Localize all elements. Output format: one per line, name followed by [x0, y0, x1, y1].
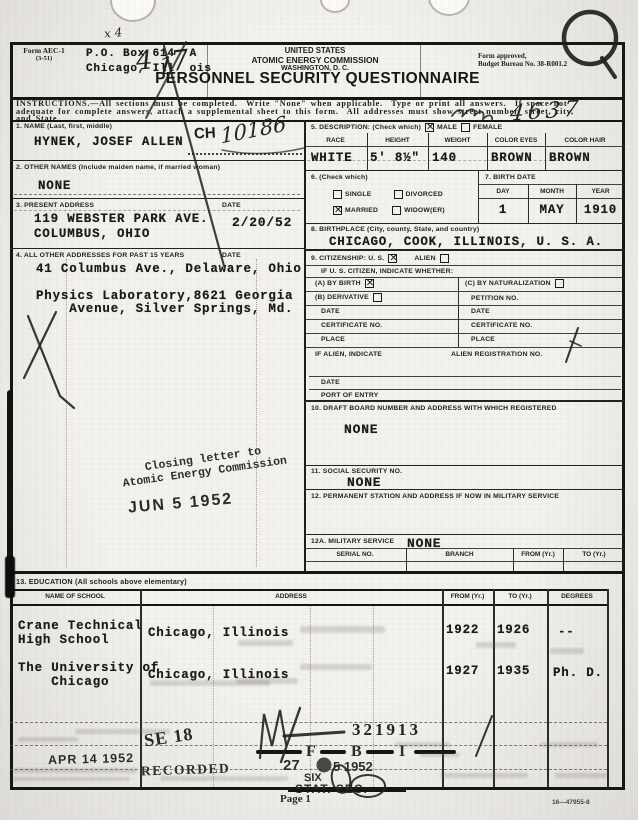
guide-line	[373, 606, 374, 787]
name-label: 1. NAME (Last, first, middle)	[16, 123, 112, 130]
ink-smudge	[420, 753, 460, 757]
to-cell: 1935	[497, 664, 530, 678]
date-label: DATE	[222, 202, 241, 209]
education-header-rule	[10, 604, 607, 606]
rule	[304, 347, 625, 348]
to-cell: 1926	[497, 623, 530, 637]
table-header-rule	[304, 146, 625, 147]
education-column-line	[493, 589, 495, 787]
naturalization-row: (C) BY NATURALIZATION	[465, 279, 567, 288]
present-address-value: 119 WEBSTER PARK AVE. COLUMBUS, OHIO	[34, 212, 208, 242]
day-header: DAY	[478, 188, 528, 195]
description-label: 5. DESCRIPTION: (Check which)	[311, 124, 421, 131]
rule	[304, 548, 625, 549]
fbi-letter-f: F	[306, 743, 316, 761]
edu-from-header: FROM (Yr.)	[442, 593, 493, 600]
divorced-checkbox	[394, 190, 403, 199]
female-label: FEMALE	[473, 124, 502, 131]
print-code: 16—47955-8	[552, 799, 590, 806]
section-12-military-station: 12. PERMANENT STATION AND ADDRESS IF NOW…	[304, 490, 625, 535]
sub-divider	[458, 277, 459, 347]
row-separator	[10, 722, 607, 723]
certificate-no-label: CERTIFICATE NO.	[471, 322, 532, 329]
dotted-leader	[188, 153, 302, 155]
year-header: YEAR	[576, 188, 625, 195]
rule	[306, 291, 623, 292]
marital-row-2: ✕ MARRIED WIDOW(ER)	[329, 206, 445, 215]
handwritten-small-mark: x 4	[103, 25, 123, 41]
alien-checkbox	[440, 254, 449, 263]
ink-smudge	[160, 776, 288, 781]
race-value: WHITE	[311, 151, 353, 165]
place-label: PLACE	[321, 336, 345, 343]
year-value: 1910	[576, 203, 625, 217]
closing-stamp-date: JUN 5 1952	[127, 490, 234, 517]
rule	[306, 319, 623, 320]
address-history-line1: 41 Columbus Ave., Delaware, Ohio	[36, 262, 302, 276]
education-column-line	[607, 589, 609, 787]
punch-hole	[110, 0, 156, 22]
divorced-label: DIVORCED	[406, 191, 443, 198]
by-birth-label: (A) BY BIRTH	[315, 280, 361, 287]
edu-to-header: TO (Yr.)	[493, 593, 547, 600]
derivative-label: (B) DERIVATIVE	[315, 294, 369, 301]
derivative-checkbox	[373, 293, 382, 302]
ink-smudge	[476, 642, 516, 648]
rule	[478, 198, 625, 199]
single-checkbox	[333, 190, 342, 199]
marital-label: 6. (Check which)	[311, 174, 368, 181]
form-number-block: Form AEC-1 (3-51)	[16, 46, 72, 62]
ink-smudge	[550, 648, 584, 654]
derivative-row: (B) DERIVATIVE	[315, 293, 385, 302]
address-header: ADDRESS	[140, 593, 442, 600]
military-service-label: 12A. MILITARY SERVICE	[311, 538, 394, 545]
male-label: MALE	[437, 124, 457, 131]
date-label: DATE	[321, 379, 340, 386]
color-hair-header: COLOR HAIR	[545, 137, 625, 144]
scan-edge-smear	[5, 556, 15, 598]
date-label: DATE	[222, 252, 241, 259]
single-label: SINGLE	[345, 191, 372, 198]
school-cell: Crane Technical High School	[18, 620, 143, 647]
degrees-header: DEGREES	[547, 593, 607, 600]
form-revision: (3-51)	[16, 55, 72, 62]
section-2-other-names: 2. OTHER NAMES (Include maiden name, if …	[10, 161, 304, 199]
ink-smudge	[555, 773, 607, 778]
ssn-label: 11. SOCIAL SECURITY NO.	[311, 468, 402, 475]
description-row: 5. DESCRIPTION: (Check which) ✕ MALE FEM…	[311, 123, 502, 132]
branch-header: BRANCH	[406, 551, 513, 558]
if-alien-label: IF ALIEN, INDICATE	[315, 351, 382, 358]
section-4-other-addresses: 4. ALL OTHER ADDRESSES FOR PAST 15 YEARS…	[10, 249, 304, 571]
strike-bar	[288, 789, 406, 792]
serial-no-header: SERIAL NO.	[304, 551, 406, 558]
handwritten-note: 4637	[509, 96, 583, 126]
ink-smudge	[300, 664, 372, 670]
from-yr-header: FROM (Yr.)	[513, 551, 563, 558]
from-cell: 1922	[446, 623, 479, 637]
alien-registration-label: ALIEN REGISTRATION NO.	[451, 351, 543, 358]
closing-letter-stamp: Closing letter to Atomic Energy Commissi…	[87, 437, 320, 495]
alien-label: ALIEN	[414, 255, 435, 262]
handwritten-digit: 7	[169, 43, 191, 78]
weight-value: 140	[432, 151, 457, 165]
form-title: PERSONNEL SECURITY QUESTIONNAIRE	[10, 70, 625, 88]
strike-bar	[366, 750, 394, 754]
married-label: MARRIED	[345, 207, 378, 214]
by-birth-row: (A) BY BIRTH ✕	[315, 279, 377, 288]
marital-row-1: SINGLE DIVORCED	[329, 190, 443, 199]
date-received-stamp: APR 14 1952	[48, 751, 134, 767]
rule	[306, 305, 623, 306]
color-eyes-header: COLOR EYES	[487, 137, 545, 144]
to-yr-header: TO (Yr.)	[563, 551, 625, 558]
rule	[309, 389, 621, 390]
agency-block: UNITED STATES ATOMIC ENERGY COMMISSION W…	[212, 46, 418, 72]
birthplace-label: 8. BIRTHPLACE (City, county, State, and …	[311, 226, 479, 233]
married-checkbox: ✕	[333, 206, 342, 215]
month-value: MAY	[528, 203, 576, 217]
ink-smudge	[440, 773, 528, 778]
naturalization-label: (C) BY NATURALIZATION	[465, 280, 551, 287]
color-hair-value: BROWN	[549, 151, 591, 165]
rule	[304, 265, 625, 266]
punch-hole	[320, 0, 350, 13]
by-birth-checkbox: ✕	[365, 279, 374, 288]
dashed-leader	[14, 210, 300, 211]
education-label: 13. EDUCATION (All schools above element…	[16, 577, 187, 586]
section-5-description: 5. DESCRIPTION: (Check which) ✕ MALE FEM…	[304, 121, 625, 171]
height-value: 5' 8½"	[370, 151, 420, 165]
school-cell: The University of Chicago	[18, 662, 159, 689]
female-checkbox	[461, 123, 470, 132]
rule	[306, 333, 623, 334]
name-value: HYNEK, JOSEF ALLEN	[34, 135, 183, 149]
fbi-date-stamp: 5 1952	[333, 759, 373, 774]
widower-label: WIDOW(ER)	[404, 207, 445, 214]
draft-board-value: NONE	[344, 422, 378, 437]
section-11-ssn: 11. SOCIAL SECURITY NO. NONE	[304, 466, 625, 490]
other-addresses-label: 4. ALL OTHER ADDRESSES FOR PAST 15 YEARS	[16, 252, 184, 259]
other-names-value: NONE	[38, 179, 71, 193]
from-cell: 1927	[446, 664, 479, 678]
serial-number-stamp: 321913	[352, 720, 421, 740]
date-label: DATE	[471, 308, 490, 315]
birthdate-label: 7. BIRTH DATE	[485, 174, 536, 181]
month-header: MONTH	[528, 188, 576, 195]
degrees-cell: Ph. D.	[553, 666, 603, 680]
ink-smudge	[150, 680, 270, 686]
punch-hole	[428, 0, 470, 16]
handwritten-case-prefix: CH	[194, 124, 217, 142]
budget-approval: Form approved, Budget Bureau No. 38-R001…	[478, 52, 567, 68]
citizen-indicate-label: IF U. S. CITIZEN, INDICATE WHETHER:	[321, 268, 453, 275]
strike-bar	[320, 750, 346, 754]
male-checkbox: ✕	[425, 123, 434, 132]
section-9-citizenship: 9. CITIZENSHIP: U. S. ✕ ALIEN IF U. S. C…	[304, 251, 625, 402]
ink-smudge	[12, 768, 137, 773]
petition-no-label: PETITION NO.	[471, 295, 519, 302]
agency-line-1: UNITED STATES	[212, 46, 418, 55]
rule	[304, 277, 625, 278]
draft-board-label: 10. DRAFT BOARD NUMBER AND ADDRESS WITH …	[311, 405, 557, 412]
strike-bar	[256, 750, 302, 754]
other-names-label: 2. OTHER NAMES (Include maiden name, if …	[16, 164, 220, 171]
citizenship-label: 9. CITIZENSHIP: U. S.	[311, 255, 384, 262]
ink-smudge	[238, 640, 293, 646]
section-10-draft-board: 10. DRAFT BOARD NUMBER AND ADDRESS WITH …	[304, 402, 625, 466]
ink-smudge	[18, 737, 78, 742]
section-12a-military-service: 12A. MILITARY SERVICE NONE SERIAL NO. BR…	[304, 535, 625, 571]
section-8-birthplace: 8. BIRTHPLACE (City, county, State, and …	[304, 224, 625, 251]
degrees-cell: --	[558, 625, 575, 639]
certificate-no-label: CERTIFICATE NO.	[321, 322, 382, 329]
ink-smudge	[12, 777, 130, 781]
rule	[304, 561, 625, 562]
widower-checkbox	[392, 206, 401, 215]
education-column-line	[442, 589, 444, 787]
place-label: PLACE	[471, 336, 495, 343]
section-1-name: 1. NAME (Last, first, middle) HYNEK, JOS…	[10, 121, 304, 161]
present-address-label: 3. PRESENT ADDRESS	[16, 202, 94, 209]
dashed-leader	[14, 194, 300, 195]
form-number: Form AEC-1	[16, 46, 72, 55]
ink-smudge	[395, 742, 450, 747]
address-cell: Chicago, Illinois	[148, 626, 289, 640]
ink-smudge	[75, 729, 170, 734]
race-header: RACE	[304, 137, 367, 144]
count-stamp: 27	[283, 757, 300, 774]
citizenship-row: 9. CITIZENSHIP: U. S. ✕ ALIEN	[311, 254, 452, 263]
us-citizen-checkbox: ✕	[388, 254, 397, 263]
birthplace-value: CHICAGO, COOK, ILLINOIS, U. S. A.	[329, 235, 603, 249]
school-header: NAME OF SCHOOL	[10, 593, 140, 600]
port-of-entry-label: PORT OF ENTRY	[321, 392, 378, 399]
education-column-line	[547, 589, 549, 787]
ssn-value: NONE	[347, 475, 381, 490]
ink-smudge	[540, 742, 598, 747]
date-label: DATE	[321, 308, 340, 315]
page-number: Page 1	[280, 793, 311, 805]
military-station-label: 12. PERMANENT STATION AND ADDRESS IF NOW…	[311, 493, 559, 500]
ink-smudge	[300, 626, 385, 633]
section-6-7-marital-birthdate: 6. (Check which) SINGLE DIVORCED ✕ MARRI…	[304, 171, 625, 224]
scanned-form-page: Form AEC-1 (3-51) P.O. Box 614 A Chicago…	[0, 0, 638, 820]
day-value: 1	[478, 203, 528, 217]
agency-line-2: ATOMIC ENERGY COMMISSION	[212, 55, 418, 65]
height-header: HEIGHT	[367, 137, 428, 144]
handwritten-digit: 4	[135, 45, 154, 76]
naturalization-checkbox	[555, 279, 564, 288]
address-history-line2: Physics Laboratory,8621 Georgia Avenue, …	[36, 290, 293, 316]
color-eyes-value: BROWN	[491, 151, 533, 165]
education-header-rule	[10, 589, 607, 591]
rule	[309, 376, 621, 377]
section-3-present-address: 3. PRESENT ADDRESS DATE 119 WEBSTER PARK…	[10, 199, 304, 249]
section-13-top-rule	[10, 571, 625, 574]
present-address-date: 2/20/52	[232, 215, 292, 230]
rule	[478, 184, 625, 185]
weight-header: WEIGHT	[428, 137, 487, 144]
